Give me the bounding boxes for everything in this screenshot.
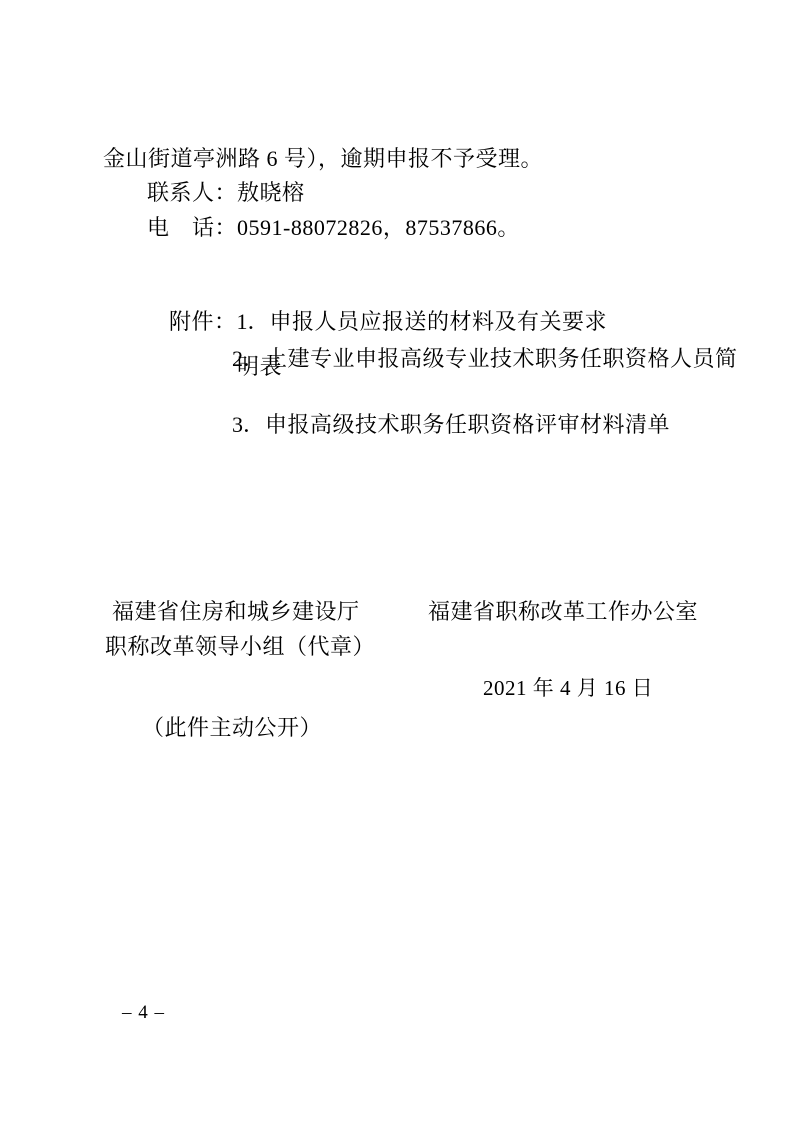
document-page: 金山街道亭洲路 6 号），逾期申报不予受理。 联系人：敖晓榕 电 话：0591-… xyxy=(0,0,793,1122)
attachment-item-2: 2．土建专业申报高级专业技术职务任职资格人员简 xyxy=(208,323,738,395)
signature-date: 2021 年 4 月 16 日 xyxy=(483,676,653,700)
signature-right-org: 福建省职称改革工作办公室 xyxy=(428,600,698,624)
page-number: – 4 – xyxy=(122,1003,165,1023)
attachment-3-number: 3． xyxy=(232,412,265,437)
attachment-item-3: 3．申报高级技术职务任职资格评审材料清单 xyxy=(208,389,670,461)
phone-number-line: 电 话：0591-88072826，87537866。 xyxy=(147,216,520,240)
attachment-2-title-line1: 土建专业申报高级专业技术职务任职资格人员简 xyxy=(265,346,738,371)
signature-left-org-line2: 职称改革领导小组（代章） xyxy=(105,635,375,659)
attachment-3-title: 申报高级技术职务任职资格评审材料清单 xyxy=(265,412,670,437)
address-continuation-line: 金山街道亭洲路 6 号），逾期申报不予受理。 xyxy=(103,147,543,171)
contact-person-line: 联系人：敖晓榕 xyxy=(147,181,305,205)
signature-left-org-line1: 福建省住房和城乡建设厅 xyxy=(112,600,360,624)
attachment-2-title-line2: 明表 xyxy=(237,355,282,379)
disclosure-note: （此件主动公开） xyxy=(142,716,322,740)
